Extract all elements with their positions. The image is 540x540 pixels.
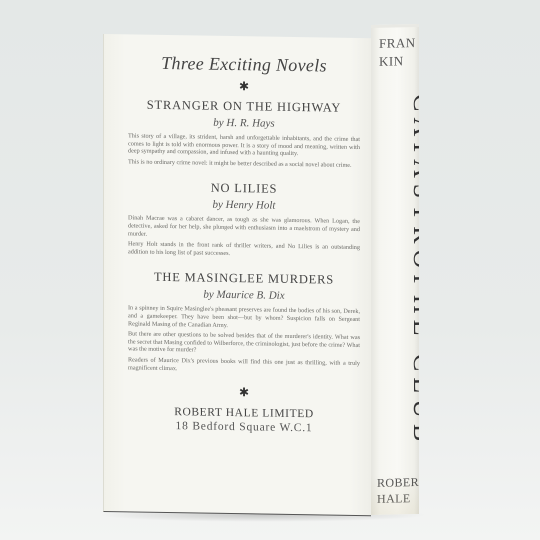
book-title-3: THE MASINGLEE MURDERS: [126, 270, 362, 289]
back-cover-content: Three Exciting Novels ✱ STRANGER ON THE …: [126, 34, 362, 435]
blurb-paragraph: But there are other questions to be solv…: [128, 331, 360, 357]
blurb-paragraph: Dinah Macrae was a cabaret dancer, as to…: [128, 215, 360, 241]
book-blurb-2: Dinah Macrae was a cabaret dancer, as to…: [126, 215, 362, 260]
book-title-1: STRANGER ON THE HIGHWAY: [126, 97, 362, 116]
publisher-address: 18 Bedford Square W.C.1: [126, 419, 362, 435]
blurb-paragraph: Readers of Maurice Dix's previous books …: [128, 356, 360, 375]
book-blurb-3: In a spinney in Squire Masinglee's pheas…: [126, 305, 362, 375]
spine-author-line-1: FRAN: [379, 34, 416, 53]
blurb-paragraph: Henry Holt stands in the front rank of t…: [128, 241, 360, 260]
book-spine: FRAN KIN CATASTROPHE CLUB ROBER HALE: [371, 24, 419, 515]
spine-author-line-2: KIN: [379, 52, 416, 71]
publisher-name: ROBERT HALE LIMITED: [126, 405, 362, 421]
blurb-paragraph: This story of a village, its strident, h…: [128, 132, 360, 158]
blurb-paragraph: In a spinney in Squire Masinglee's pheas…: [128, 305, 360, 331]
spine-title: CATASTROPHE CLUB: [407, 94, 419, 448]
blurb-paragraph: This is no ordinary crime novel: it migh…: [128, 158, 360, 169]
book-author-3: by Maurice B. Dix: [126, 288, 362, 304]
spine-top-edge: [371, 24, 419, 28]
back-cover: Three Exciting Novels ✱ STRANGER ON THE …: [103, 34, 371, 516]
star-ornament-icon: ✱: [126, 383, 362, 401]
spine-wear: [371, 474, 419, 515]
book-title-2: NO LILIES: [126, 180, 362, 199]
spine-author: FRAN KIN: [379, 34, 416, 71]
book-blurb-1: This story of a village, its strident, h…: [126, 132, 362, 169]
cover-heading: Three Exciting Novels: [126, 52, 362, 77]
book-author-1: by H. R. Hays: [126, 115, 362, 131]
book-author-2: by Henry Holt: [126, 198, 362, 214]
star-ornament-icon: ✱: [126, 77, 362, 95]
